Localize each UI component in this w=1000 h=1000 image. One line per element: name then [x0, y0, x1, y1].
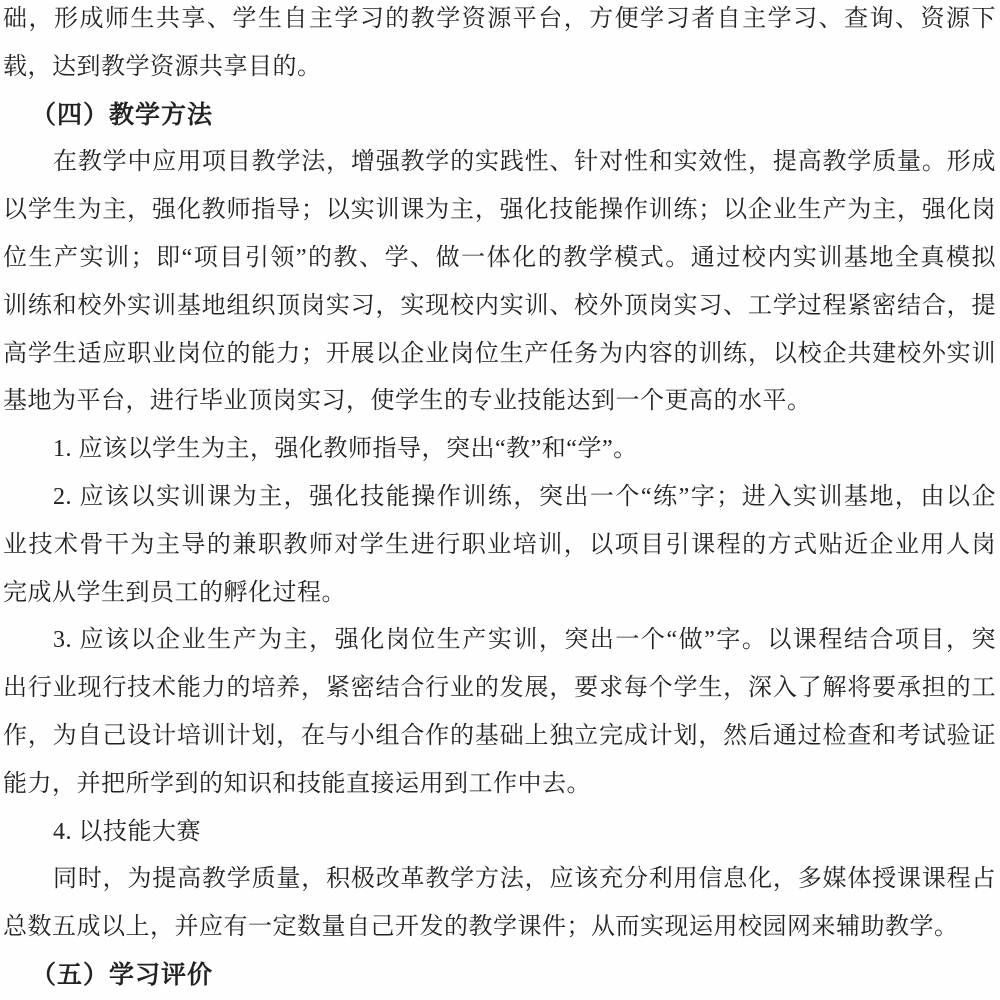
- text-line: 载，达到教学资源共享目的。: [3, 44, 996, 92]
- text-line: 以学生为主，强化教师指导；以实训课为主，强化技能操作训练；以企业生产为主，强化岗: [3, 187, 996, 235]
- text-line: 训练和校外实训基地组织顶岗实习，实现校内实训、校外顶岗实习、工学过程紧密结合，提: [3, 283, 996, 331]
- text-line: 位生产实训；即“项目引领”的教、学、做一体化的教学模式。通过校内实训基地全真模拟: [3, 235, 996, 283]
- text-line: 业技术骨干为主导的兼职教师对学生进行职业培训，以项目引课程的方式贴近企业用人岗位…: [3, 522, 996, 570]
- document-page: 础，形成师生共享、学生自主学习的教学资源平台，方便学习者自主学习、查询、资源下 …: [0, 0, 1000, 1000]
- text-line: 高学生适应职业岗位的能力；开展以企业岗位生产任务为内容的训练，以校企共建校外实训: [3, 331, 996, 379]
- section-heading-5-learning-evaluation: （五）学习评价: [3, 952, 996, 1000]
- text-line: 作，为自己设计培训计划，在与小组合作的基础上独立完成计划，然后通过检查和考试验证: [3, 713, 996, 761]
- paragraph-first-line: 在教学中应用项目教学法，增强教学的实践性、针对性和实效性，提高教学质量。形成: [3, 139, 996, 187]
- numbered-item-4-line: 4. 以技能大赛: [3, 809, 996, 857]
- text-line: 础，形成师生共享、学生自主学习的教学资源平台，方便学习者自主学习、查询、资源下: [3, 0, 996, 44]
- paragraph-first-line: 同时，为提高教学质量，积极改革教学方法，应该充分利用信息化，多媒体授课课程占: [3, 856, 996, 904]
- numbered-item-1-line: 1. 应该以学生为主，强化教师指导，突出“教”和“学”。: [3, 426, 996, 474]
- numbered-item-2-line: 2. 应该以实训课为主，强化技能操作训练，突出一个“练”字；进入实训基地，由以企: [3, 474, 996, 522]
- text-line: 总数五成以上，并应有一定数量自己开发的教学课件；从而实现运用校园网来辅助教学。: [3, 904, 996, 952]
- document-content: 础，形成师生共享、学生自主学习的教学资源平台，方便学习者自主学习、查询、资源下 …: [3, 0, 996, 1000]
- text-line: 完成从学生到员工的孵化过程。: [3, 570, 996, 618]
- text-line: 基地为平台，进行毕业顶岗实习，使学生的专业技能达到一个更高的水平。: [3, 378, 996, 426]
- text-line: 出行业现行技术能力的培养，紧密结合行业的发展，要求每个学生，深入了解将要承担的工: [3, 665, 996, 713]
- numbered-item-3-line: 3. 应该以企业生产为主，强化岗位生产实训，突出一个“做”字。以课程结合项目，突: [3, 617, 996, 665]
- text-line: 能力，并把所学到的知识和技能直接运用到工作中去。: [3, 761, 996, 809]
- section-heading-4-teaching-methods: （四）教学方法: [3, 92, 996, 140]
